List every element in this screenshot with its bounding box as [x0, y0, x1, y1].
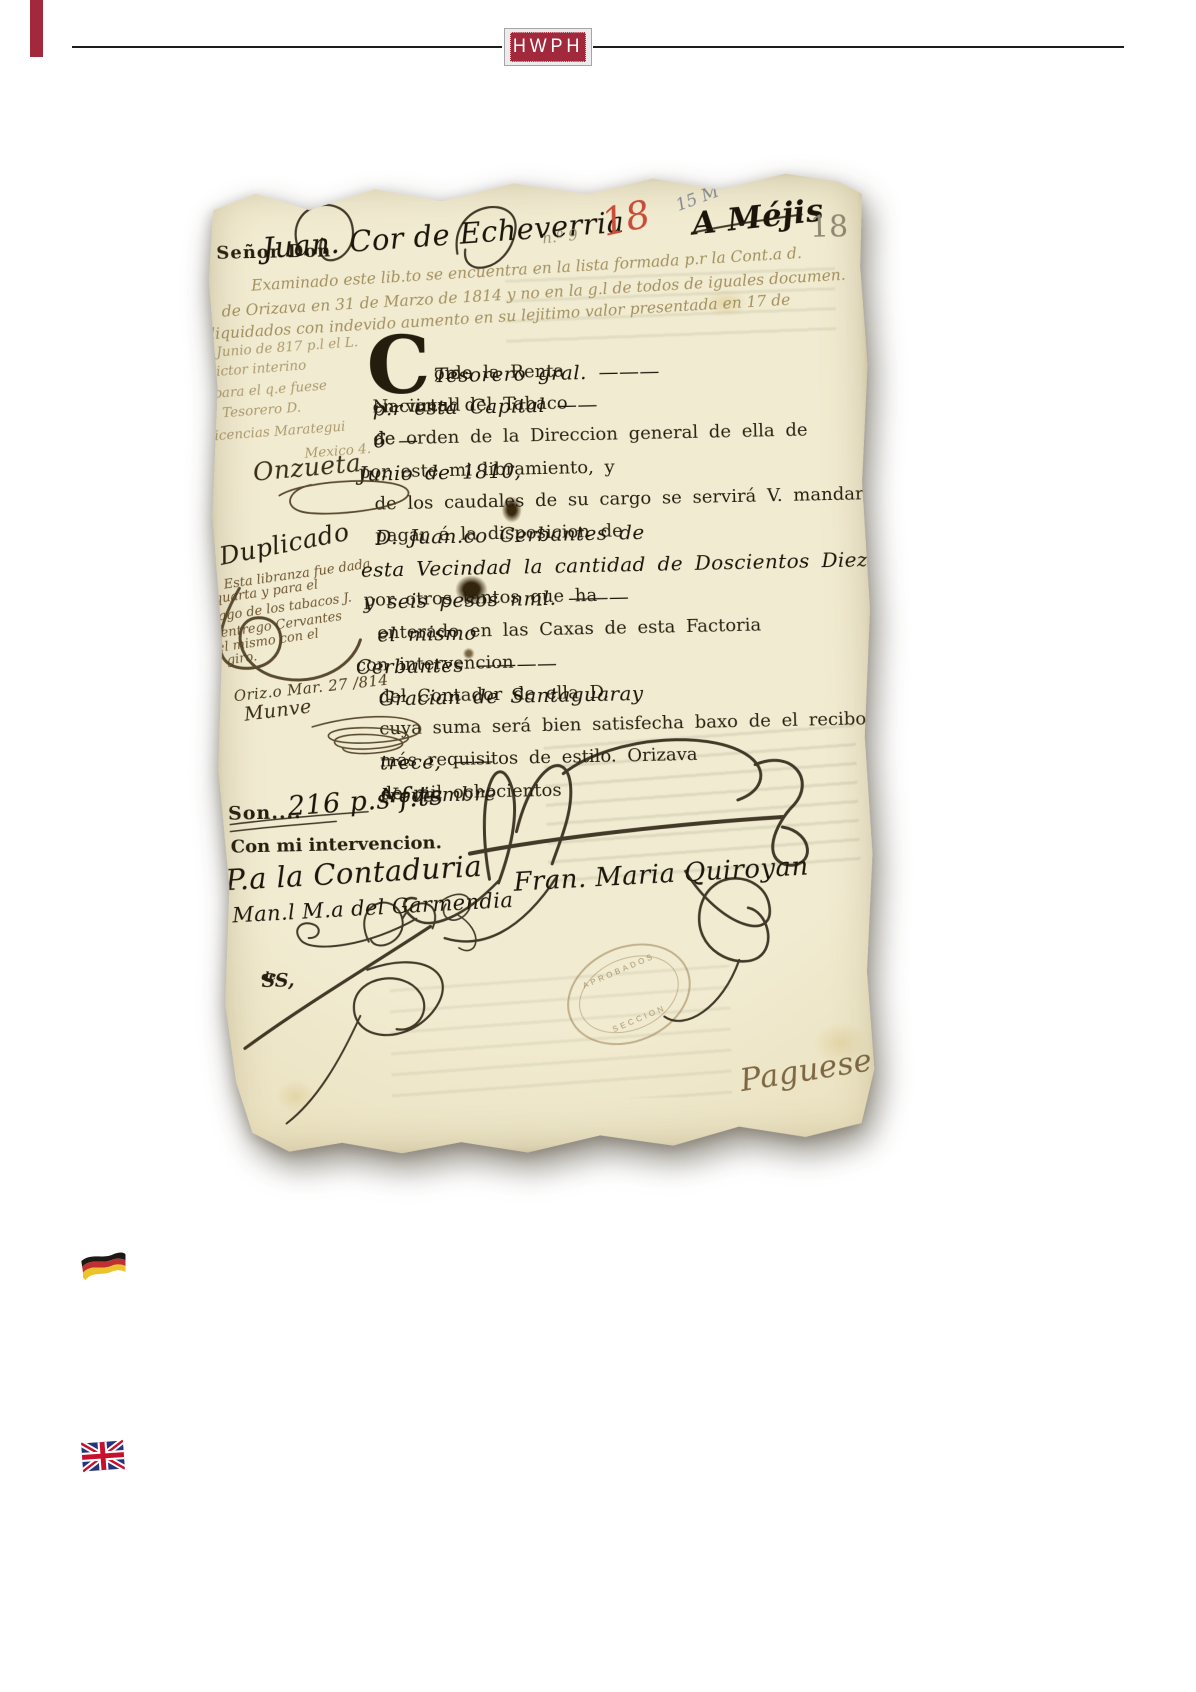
- printed-text: con intervencion: [356, 651, 514, 675]
- german-flag-icon: [78, 1248, 128, 1284]
- lot-number-red: 18: [598, 192, 655, 245]
- folio-note: n.º 9: [541, 226, 579, 248]
- handwritten-insert: el mismo: [377, 620, 477, 646]
- margin-faded-line: para el q.e fuese: [213, 378, 328, 402]
- main-signature: Fran. Maria Quiroyan: [513, 851, 809, 897]
- notary-stamp: APROBADOS SECCION: [551, 925, 706, 1064]
- stamp-text-bottom: SECCION: [581, 990, 699, 1047]
- header-rule-left: [72, 46, 502, 48]
- paguese-note: Paguese: [738, 1042, 875, 1099]
- handwritten-insert: D. Juan.co Cerbantes de: [375, 520, 645, 550]
- stamp-text-top: APROBADOS: [560, 942, 678, 999]
- hwph-logo-frame: HWPH: [504, 28, 592, 66]
- printed-text: de los caudales de su cargo se servirá V…: [374, 483, 863, 514]
- catalog-page: HWPH Señor Don Juan. Cor de Echeverria n…: [0, 0, 1196, 1692]
- printed-text: cuya suma será bien satisfecha baxo de e…: [379, 707, 926, 739]
- drop-cap: C: [366, 328, 431, 401]
- handwritten-insert: trece, ——: [380, 748, 494, 774]
- document-paper: Señor Don Juan. Cor de Echeverria n.º 9 …: [203, 169, 885, 1161]
- handwritten-insert: Gracian de Santaguaray: [378, 681, 643, 711]
- onzueta-signature: Onzueta: [252, 448, 363, 487]
- son-amount: 216 p.s f.ts: [287, 780, 444, 822]
- printed-text: , de la Renta: [434, 361, 565, 385]
- margin-faded-line: licencias Marategui: [210, 419, 346, 445]
- printed-text: en virtud: [372, 395, 460, 418]
- printed-text: de orden de la Direccion general de ella…: [373, 420, 808, 450]
- header-rule-right: [593, 46, 1124, 48]
- uk-flag-icon: [81, 1440, 125, 1473]
- margin-faded-line: el Tesorero D.: [205, 400, 301, 423]
- printed-text: por este mi libramiento, y: [359, 456, 615, 482]
- foxing-spot: [276, 1079, 317, 1114]
- hwph-logo: HWPH: [510, 32, 586, 62]
- handwritten-insert: esta Vecindad la cantidad de Doscientos …: [361, 547, 868, 582]
- corner-page-number: 18: [810, 210, 849, 246]
- document-scan: Señor Don Juan. Cor de Echeverria n.º 9 …: [203, 169, 885, 1161]
- margin-faded-line: Fictor interino: [206, 357, 306, 380]
- printed-text: de: [373, 428, 396, 449]
- section-tab: [30, 0, 43, 57]
